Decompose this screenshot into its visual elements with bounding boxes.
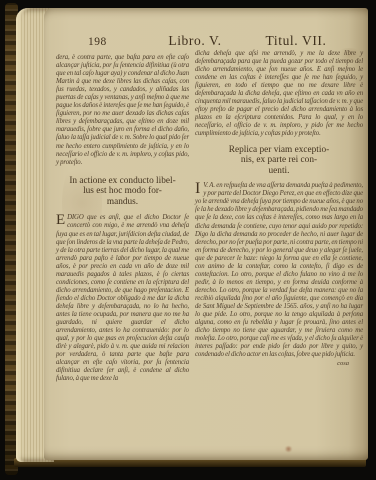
heading-line: nis, ex parte rei con-: [195, 155, 363, 166]
paper-stain: [284, 446, 293, 452]
catchword: cosa: [195, 360, 349, 367]
page-surface: 198 Libro. V. Titul. VII. dera, è contra…: [44, 8, 368, 460]
drop-cap-E: E: [56, 214, 67, 228]
running-header-book: Libro. V.: [146, 33, 244, 49]
left-continuation-paragraph: dera, è contra parte, que baſta para en …: [56, 54, 189, 167]
right-column: dicha deheſa que aſsi me arrendò, y me l…: [195, 50, 363, 367]
heading-line: uenti.: [195, 166, 363, 177]
drop-cap-I: I: [195, 182, 203, 196]
right-body-text: V. A. en reſpueſta de vna aſſerta demand…: [195, 182, 363, 358]
left-column: dera, è contra parte, que baſta para en …: [56, 54, 189, 383]
running-header-title: Titul. VII.: [246, 33, 346, 49]
right-body-paragraph: IV. A. en reſpueſta de vna aſſerta deman…: [195, 182, 363, 359]
heading-line: Replica per viam exceptio-: [195, 145, 363, 156]
heading-line: lus est hoc modo for-: [56, 186, 189, 197]
page-number: 198: [88, 36, 107, 48]
left-body-paragraph: EDIGO que es anſi, que el dicho Doctor ſ…: [56, 214, 189, 383]
left-section-heading: In actione ex conducto libel- lus est ho…: [56, 176, 189, 208]
left-body-text: DIGO que es anſi, que el dicho Doctor ſe…: [56, 214, 189, 382]
heading-line: mandus.: [56, 197, 189, 208]
right-continuation-paragraph: dicha deheſa que aſsi me arrendò, y me l…: [195, 50, 363, 139]
right-section-heading: Replica per viam exceptio- nis, ex parte…: [195, 145, 363, 177]
heading-line: In actione ex conducto libel-: [56, 176, 189, 187]
book-photograph: { "page": { "number": "198", "book_heade…: [0, 0, 376, 480]
